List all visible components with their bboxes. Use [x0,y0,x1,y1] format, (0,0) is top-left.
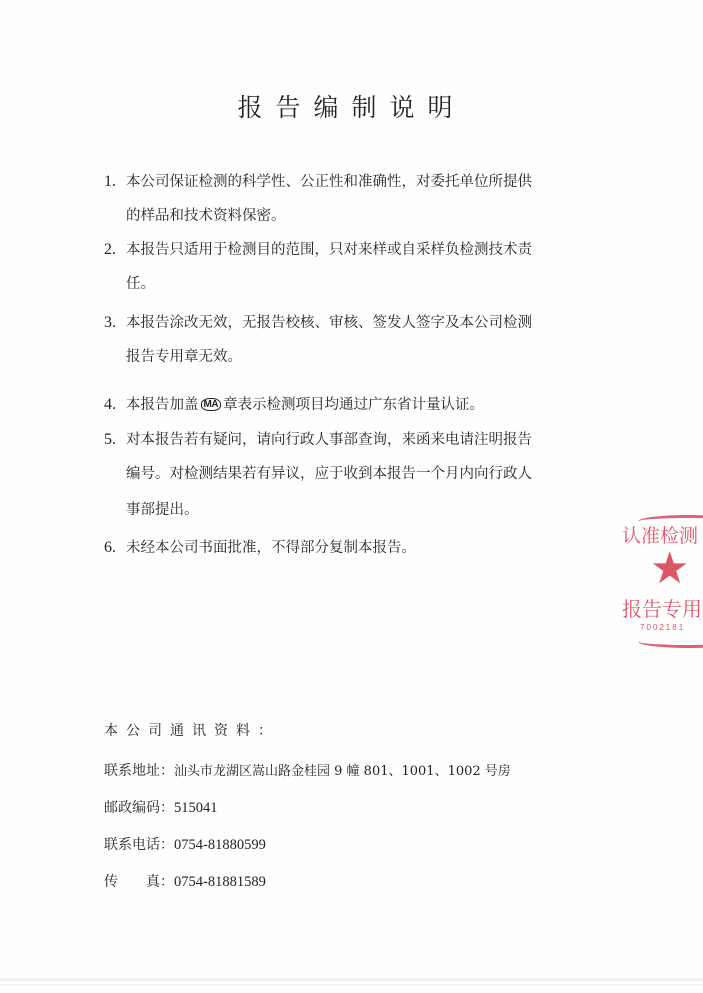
address-value: 汕头市龙湖区嵩山路金桂园 9 幢 801、1001、1002 号房 [174,764,511,779]
phone-label: 联系电话： [104,837,174,853]
document-page: 报告编制说明 1.本公司保证检测的科学性、公正性和准确性，对委托单位所提供 的样… [0,0,703,993]
list-item-5: 5.对本报告若有疑问，请向行政人事部查询，来函来电请注明报告 [104,430,532,450]
item-continuation: 的样品和技术资料保密。 [126,206,286,226]
item-text: 本报告涂改无效，无报告校核、审核、签发人签字及本公司检测 [126,315,532,331]
item-number: 3. [104,313,126,333]
item-text: 章表示检测项目均通过广东省计量认证。 [223,397,484,413]
phone-value: 0754-81880599 [174,837,266,853]
stamp-number: 7002181 [640,623,685,632]
fax-label: 传 真： [104,874,174,890]
contact-address: 联系地址：汕头市龙湖区嵩山路金桂园 9 幢 801、1001、1002 号房 [104,760,511,780]
contact-postcode: 邮政编码：515041 [104,797,218,817]
postcode-label: 邮政编码： [104,800,174,816]
list-item-1: 1.本公司保证检测的科学性、公正性和准确性，对委托单位所提供 [104,172,532,192]
official-stamp: 认准检测 ★ 报告专用 7002181 [618,505,703,655]
fax-value: 0754-81881589 [174,874,266,890]
item-continuation: 事部提出。 [126,500,199,520]
item-number: 1. [104,172,126,192]
postcode-value: 515041 [174,800,218,816]
contact-fax: 传 真：0754-81881589 [104,871,266,891]
contact-heading: 本公司通讯资料： [104,720,280,740]
page-title: 报告编制说明 [0,88,703,124]
item-continuation: 报告专用章无效。 [126,347,242,367]
item-text: 未经本公司书面批准，不得部分复制本报告。 [126,540,416,556]
item-text: 本报告只适用于检测目的范围，只对来样或自采样负检测技术责 [126,242,532,258]
stamp-arc-bottom [638,635,703,648]
list-item-3: 3.本报告涂改无效，无报告校核、审核、签发人签字及本公司检测 [104,313,532,333]
cma-mark-icon: MA [201,398,222,411]
list-item-6: 6.未经本公司书面批准，不得部分复制本报告。 [104,538,416,558]
scan-edge [0,978,703,981]
item-number: 2. [104,240,126,260]
address-label: 联系地址： [104,763,174,779]
star-icon: ★ [650,547,689,591]
item-number: 5. [104,430,126,450]
item-continuation: 任。 [126,274,155,294]
scan-edge [0,984,703,986]
item-text: 本公司保证检测的科学性、公正性和准确性，对委托单位所提供 [126,174,532,190]
item-number: 6. [104,538,126,558]
item-text: 本报告加盖 [126,397,199,413]
item-number: 4. [104,395,126,415]
list-item-4: 4.本报告加盖MA章表示检测项目均通过广东省计量认证。 [104,395,484,415]
item-continuation: 编号。对检测结果若有异议，应于收到本报告一个月内向行政人 [126,464,532,484]
stamp-bottom-text: 报告专用 [622,593,702,622]
contact-phone: 联系电话：0754-81880599 [104,834,266,854]
item-text: 对本报告若有疑问，请向行政人事部查询，来函来电请注明报告 [126,432,532,448]
list-item-2: 2.本报告只适用于检测目的范围，只对来样或自采样负检测技术责 [104,240,532,260]
